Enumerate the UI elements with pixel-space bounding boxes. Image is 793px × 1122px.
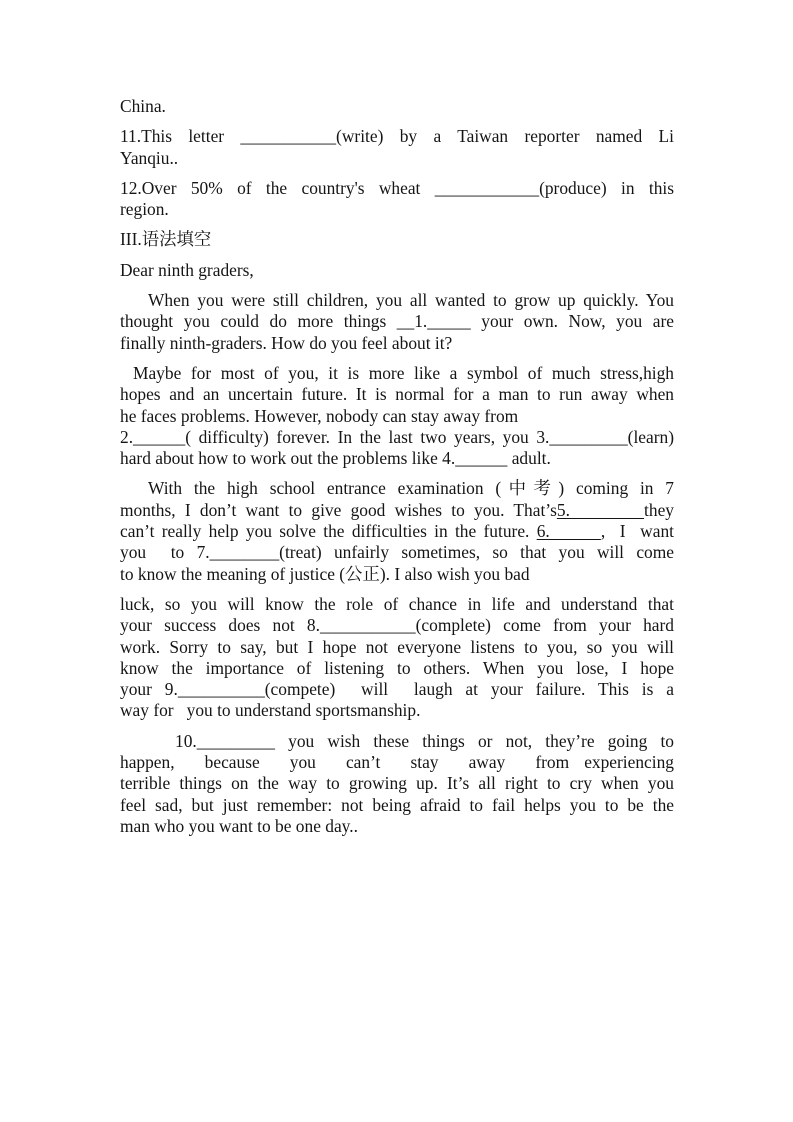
text-run: China. [120,96,166,116]
fill-blank-underline: 6. [537,521,601,541]
text-run: III.语法填空 [120,229,211,249]
salutation: Dear ninth graders, [120,260,674,281]
text-run: happen, because you can’t stay away from… [120,752,674,772]
text-line: feel sad, but just remember: not being a… [120,795,674,816]
text-run: months, I don’t want to give good wishes… [120,500,557,520]
question-11: 11.This letter ___________(write) by a T… [120,126,674,169]
text-run: Dear ninth graders, [120,260,254,280]
text-run: Yanqiu.. [120,148,178,168]
text-run: Maybe for most of you, it is more like a… [133,363,674,383]
text-line: 12.Over 50% of the country's wheat _____… [120,178,674,199]
text-run: hopes and an uncertain future. It is nor… [120,384,674,404]
closing-line-china: China. [120,96,674,117]
text-line: man who you want to be one day.. [120,816,674,837]
text-run: 10._________ you wish these things or no… [175,731,674,751]
text-line: Yanqiu.. [120,148,674,169]
text-line: hard about how to work out the problems … [120,448,674,469]
text-run: work. Sorry to say, but I hope not every… [120,637,674,657]
text-line: way for you to understand sportsmanship. [120,700,674,721]
text-run: know the importance of listening to othe… [120,658,674,678]
text-line: With the high school entrance examinatio… [120,478,674,499]
text-run: region. [120,199,169,219]
text-run: you to 7.________(treat) unfairly someti… [120,542,674,562]
text-run: finally ninth-graders. How do you feel a… [120,333,452,353]
section-3-heading: III.语法填空 [120,229,674,250]
text-run: man who you want to be one day.. [120,816,358,836]
text-run: , I want [601,521,674,541]
text-line: III.语法填空 [120,229,674,250]
text-line: you to 7.________(treat) unfairly someti… [120,542,674,563]
text-line: to know the meaning of justice (公正). I a… [120,564,674,585]
text-line: Dear ninth graders, [120,260,674,281]
body-paragraph-4: luck, so you will know the role of chanc… [120,594,674,722]
body-paragraph-2: Maybe for most of you, it is more like a… [120,363,674,469]
text-run: your success does not 8.___________(comp… [120,615,674,635]
text-line: he faces problems. However, nobody can s… [120,406,674,427]
text-run: 11.This letter ___________(write) by a T… [120,126,674,146]
document-page: China.11.This letter ___________(write) … [0,0,793,1122]
text-line: happen, because you can’t stay away from… [120,752,674,773]
text-line: 2.______( difficulty) forever. In the la… [120,427,674,448]
text-line: terrible things on the way to growing up… [120,773,674,794]
text-line: thought you could do more things __1.___… [120,311,674,332]
text-line: months, I don’t want to give good wishes… [120,500,674,521]
text-line: China. [120,96,674,117]
text-line: 11.This letter ___________(write) by a T… [120,126,674,147]
text-run: thought you could do more things __1.___… [120,311,674,331]
text-line: can’t really help you solve the difficul… [120,521,674,542]
text-run: 2.______( difficulty) forever. In the la… [120,427,674,447]
body-paragraph-3: With the high school entrance examinatio… [120,478,674,584]
text-run: way for you to understand sportsmanship. [120,700,420,720]
text-line: hopes and an uncertain future. It is nor… [120,384,674,405]
body-paragraph-1: When you were still children, you all wa… [120,290,674,354]
text-run: they [644,500,674,520]
text-run: When you were still children, you all wa… [148,290,674,310]
fill-blank-underline: 5. [557,500,644,520]
text-run: terrible things on the way to growing up… [120,773,674,793]
text-run: can’t really help you solve the difficul… [120,521,537,541]
text-run: your 9.__________(compete) will laugh at… [120,679,674,699]
text-line: finally ninth-graders. How do you feel a… [120,333,674,354]
text-line: your success does not 8.___________(comp… [120,615,674,636]
text-line: When you were still children, you all wa… [120,290,674,311]
body-paragraph-5: 10._________ you wish these things or no… [120,731,674,837]
text-run: luck, so you will know the role of chanc… [120,594,674,614]
text-run: hard about how to work out the problems … [120,448,551,468]
text-line: your 9.__________(compete) will laugh at… [120,679,674,700]
text-line: Maybe for most of you, it is more like a… [120,363,674,384]
text-line: work. Sorry to say, but I hope not every… [120,637,674,658]
text-line: luck, so you will know the role of chanc… [120,594,674,615]
text-run: he faces problems. However, nobody can s… [120,406,518,426]
question-12: 12.Over 50% of the country's wheat _____… [120,178,674,221]
text-run: 12.Over 50% of the country's wheat _____… [120,178,674,198]
text-run: feel sad, but just remember: not being a… [120,795,674,815]
text-line: 10._________ you wish these things or no… [120,731,674,752]
text-run: With the high school entrance examinatio… [148,478,674,498]
text-line: region. [120,199,674,220]
text-run: to know the meaning of justice (公正). I a… [120,564,530,584]
document-body: China.11.This letter ___________(write) … [120,96,674,846]
text-line: know the importance of listening to othe… [120,658,674,679]
